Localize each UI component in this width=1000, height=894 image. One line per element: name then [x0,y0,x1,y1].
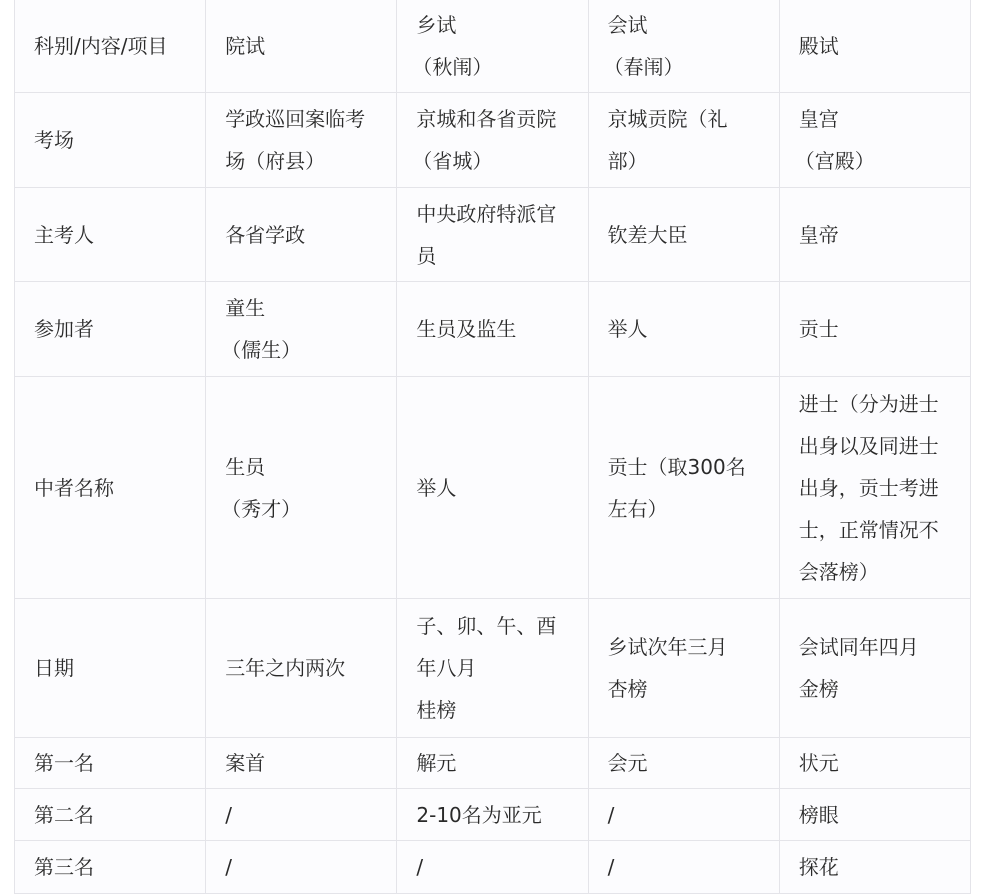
cell-text: 举人 [416,467,577,509]
cell-text: 探花 [799,846,960,888]
header-sublabel: （春闱） [604,46,769,88]
cell-text: 状元 [799,742,960,784]
cell-text: 士，正常情况不 [799,509,960,551]
table-cell: 生员及监生 [397,282,588,377]
cell-text: 榜眼 [799,794,960,836]
cell-text: 员 [416,235,577,277]
header-label: 殿试 [799,25,960,67]
header-corner-label: 科别/内容/项目 [34,25,195,67]
table-row-third-place: 第三名 / / / 探花 [15,841,971,891]
table-cell: / [588,841,779,891]
table-cell: 贡士（取300名 左右） [588,377,779,599]
cell-text: 皇帝 [799,214,960,256]
cell-text: 乡试次年三月 [608,626,769,668]
cell-text: 中央政府特派官 [416,193,577,235]
row-label: 第三名 [34,846,195,888]
cell-text: 京城和各省贡院 [416,98,577,140]
cell-text: 生员及监生 [416,308,577,350]
cell-text: 子、卯、午、酉 [416,605,577,647]
cell-text: 各省学政 [225,214,386,256]
row-label: 主考人 [34,214,195,256]
cell-text: 2-10名为亚元 [416,794,577,836]
table-cell: 三年之内两次 [206,599,397,738]
row-label: 参加者 [34,308,195,350]
table-cell: 案首 [206,738,397,789]
table-cell: 举人 [397,377,588,599]
cell-text: 部） [608,140,769,182]
row-label-cell: 第一名 [15,738,206,789]
cell-text: 金榜 [799,668,960,710]
table-row-participants: 参加者 童生 （儒生） 生员及监生 举人 贡士 [15,282,971,377]
row-label-cell: 参加者 [15,282,206,377]
cell-text: 贡士（取300名 [608,446,769,488]
row-label-cell: 第二名 [15,789,206,841]
table-cell: 会试同年四月 金榜 [779,599,970,738]
row-label: 日期 [34,647,195,689]
header-cell-xiangshi: 乡试 （秋闱） [397,0,588,93]
table-cell: 钦差大臣 [588,188,779,282]
table-row-venue: 考场 学政巡回案临考 场（府县） 京城和各省贡院 （省城） 京城贡院（礼 部） … [15,93,971,188]
table-cell: 皇帝 [779,188,970,282]
table-cell: 乡试次年三月 杏榜 [588,599,779,738]
cell-text: 进士（分为进士 [799,383,960,425]
row-label-cell: 主考人 [15,188,206,282]
table-cell: 子、卯、午、酉 年八月 桂榜 [397,599,588,738]
table-row-second-place: 第二名 / 2-10名为亚元 / 榜眼 [15,789,971,841]
header-label: 乡试 [416,4,577,46]
table-cell: 进士（分为进士 出身以及同进士 出身，贡士考进 士，正常情况不 会落榜） [779,377,970,599]
table-cell: 会元 [588,738,779,789]
cell-text: 桂榜 [416,689,577,731]
table-row-first-place: 第一名 案首 解元 会元 状元 [15,738,971,789]
table-cell: 举人 [588,282,779,377]
cell-text: / [608,846,769,888]
table-cell: 京城和各省贡院 （省城） [397,93,588,188]
row-label-cell: 日期 [15,599,206,738]
row-label-cell: 中者名称 [15,377,206,599]
header-label: 会试 [608,4,769,46]
cell-text: / [225,846,386,888]
cell-text: 解元 [416,742,577,784]
table-cell: 2-10名为亚元 [397,789,588,841]
cell-text: （宫殿） [795,140,960,182]
table-row-examiner: 主考人 各省学政 中央政府特派官 员 钦差大臣 皇帝 [15,188,971,282]
table-row-date: 日期 三年之内两次 子、卯、午、酉 年八月 桂榜 乡试次年三月 杏榜 会试同年四… [15,599,971,738]
row-label: 第二名 [34,794,195,836]
table-cell: 榜眼 [779,789,970,841]
header-cell-dianshi: 殿试 [779,0,970,93]
cell-text: 出身，贡士考进 [799,467,960,509]
table-cell: 贡士 [779,282,970,377]
cell-text: 京城贡院（礼 [608,98,769,140]
row-label: 第一名 [34,742,195,784]
header-cell-huishi: 会试 （春闱） [588,0,779,93]
row-label: 中者名称 [34,467,195,509]
table-cell: 各省学政 [206,188,397,282]
cell-text: 钦差大臣 [608,214,769,256]
cell-text: 场（府县） [225,140,386,182]
table-cell: / [206,789,397,841]
table-cell: 学政巡回案临考 场（府县） [206,93,397,188]
table-cell: 解元 [397,738,588,789]
table-cell: 京城贡院（礼 部） [588,93,779,188]
table-cell: 童生 （儒生） [206,282,397,377]
cell-text: 会落榜） [799,551,960,593]
cell-text: 出身以及同进士 [799,425,960,467]
cell-text: 会试同年四月 [799,626,960,668]
cell-text: 会元 [608,742,769,784]
cell-text: 童生 [225,287,386,329]
table-header-row: 科别/内容/项目 院试 乡试 （秋闱） 会试 （春闱） 殿试 [15,0,971,93]
table-cell: 探花 [779,841,970,891]
exam-comparison-table-container: 科别/内容/项目 院试 乡试 （秋闱） 会试 （春闱） 殿试 [14,0,971,890]
cell-text: 三年之内两次 [225,647,386,689]
cell-text: 生员 [225,446,386,488]
cell-text: 学政巡回案临考 [225,98,386,140]
header-label: 院试 [225,25,386,67]
cell-text: （省城） [412,140,577,182]
cell-text: 贡士 [799,308,960,350]
table-cell: / [206,841,397,891]
cell-text: / [608,794,769,836]
table-row-graduate-title: 中者名称 生员 （秀才） 举人 贡士（取300名 左右） 进士（分为进士 出身以… [15,377,971,599]
cell-text: （儒生） [221,329,386,371]
header-corner-cell: 科别/内容/项目 [15,0,206,93]
cell-text: 年八月 [416,647,577,689]
table-cell: 皇宫 （宫殿） [779,93,970,188]
cell-text: 左右） [608,488,769,530]
cell-text: / [225,794,386,836]
table-cell: 状元 [779,738,970,789]
row-label: 考场 [34,119,195,161]
cell-text: / [416,846,577,888]
imperial-exam-comparison-table: 科别/内容/项目 院试 乡试 （秋闱） 会试 （春闱） 殿试 [14,0,971,890]
cell-text: 案首 [225,742,386,784]
table-cell: / [397,841,588,891]
cell-text: 皇宫 [799,98,960,140]
table-cell: 生员 （秀才） [206,377,397,599]
table-cell: / [588,789,779,841]
row-label-cell: 考场 [15,93,206,188]
row-label-cell: 第三名 [15,841,206,891]
header-cell-yuanshi: 院试 [206,0,397,93]
table-cell: 中央政府特派官 员 [397,188,588,282]
header-sublabel: （秋闱） [412,46,577,88]
cell-text: 举人 [608,308,769,350]
cell-text: （秀才） [221,488,386,530]
cell-text: 杏榜 [608,668,769,710]
